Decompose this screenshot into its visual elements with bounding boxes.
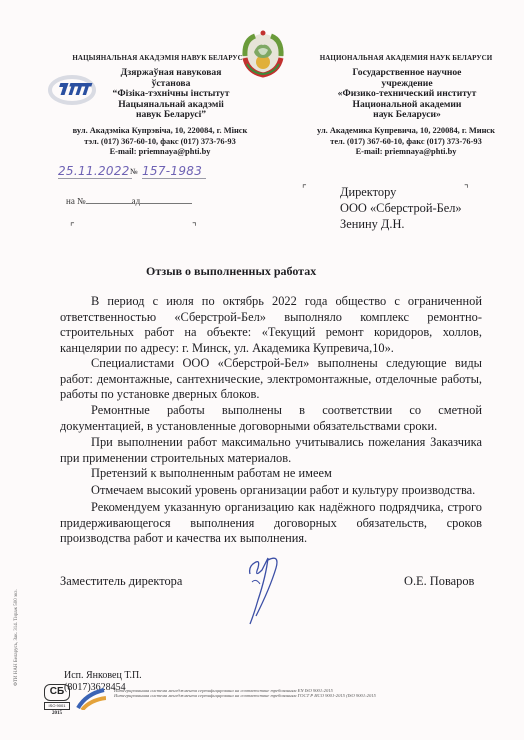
executor-name: Исп. Янковец Т.П. (64, 670, 142, 682)
signatory-position: Заместитель директора (60, 574, 182, 590)
contacts-ru: ул. Академика Купревича, 10, 220084, г. … (306, 126, 506, 158)
address-by: вул. Акадэміка Купрэвіча, 10, 220084, г.… (60, 126, 260, 137)
addressee-block: Директору ООО «Сберстрой-Бел» Зенину Д.Н… (340, 184, 462, 233)
eaac-badge-icon (76, 688, 106, 710)
addressee-company: ООО «Сберстрой-Бел» (340, 200, 462, 216)
phone-by: тэл. (017) 367-60-10, факс (017) 373-76-… (60, 137, 260, 148)
reply-date-blank (140, 203, 192, 204)
contacts-by: вул. Акадэміка Купрэвіча, 10, 220084, г.… (60, 126, 260, 158)
reply-number-blank (86, 203, 132, 204)
institute-logo (48, 72, 96, 106)
reply-number-label: на № (66, 196, 86, 206)
letter-title: Отзыв о выполненных работах (146, 264, 316, 279)
email-by: E-mail: priemnaya@phti.by (60, 147, 260, 158)
reply-date-label: ад (132, 196, 141, 206)
phone-ru: тел. (017) 367-60-10, факс (017) 373-76-… (306, 137, 506, 148)
certification-notes: Интегрированная система менеджмента серт… (114, 688, 376, 698)
signatory-name: О.Е. Поваров (404, 574, 474, 590)
address-ru: ул. Академика Купревича, 10, 220084, г. … (306, 126, 506, 137)
addressee-person: Зенину Д.Н. (340, 216, 462, 232)
bracket-top-left-icon: ⌜ (70, 222, 75, 233)
addressee-position: Директору (340, 184, 462, 200)
outgoing-date: 25.11.2022 (58, 164, 132, 179)
institute-name-by: Дзяржаўная навуковая ўстанова “Фізіка-тэ… (96, 68, 246, 121)
outgoing-number: 157-1983 (142, 164, 206, 179)
print-run-info: ФТИ НАН Беларусь, Зак. 314. Тираж 500 эк… (14, 589, 19, 686)
paragraph-compliance: Ремонтные работы выполнены в соответстви… (60, 403, 482, 434)
academy-name-by: НАЦЫЯНАЛЬНАЯ АКАДЭМІЯ НАВУК БЕЛАРУСІ (64, 54, 254, 62)
paragraph-recommendation: Рекомендуем указанную организацию как на… (60, 500, 482, 547)
bracket-top-right-icon: ⌝ (192, 222, 197, 233)
iso-certification-line-2: Интегрированная система менеджмента серт… (114, 693, 376, 698)
paragraph-quality: Отмечаем высокий уровень организации раб… (60, 483, 482, 499)
reply-reference: на №ад (66, 196, 192, 206)
academy-name-ru: НАЦИОНАЛЬНАЯ АКАДЕМИЯ НАУК БЕЛАРУСИ (306, 54, 506, 62)
paragraph-work-types: Специалистами ООО «Сберстрой-Бел» выполн… (60, 356, 482, 403)
paragraph-wishes: При выполнении работ максимально учитыва… (60, 435, 482, 466)
registration-line: 25.11.2022 № 157-1983 (58, 164, 218, 180)
stb-certification-badge-icon: СБ ISO 9001 2015 (44, 684, 72, 718)
bracket-addressee-left-icon: ⌜ (302, 184, 307, 195)
bracket-addressee-right-icon: ⌝ (464, 184, 469, 195)
institute-name-ru: Государственное научное учреждение «Физи… (322, 68, 492, 121)
paragraph-no-claims: Претензий к выполненным работам не имеем (60, 466, 482, 482)
email-ru: E-mail: priemnaya@phti.by (306, 147, 506, 158)
belarus-emblem-icon (240, 28, 286, 80)
paragraph-intro: В период с июля по октябрь 2022 года общ… (60, 294, 482, 356)
handwritten-signature-icon (240, 552, 300, 628)
number-label: № (130, 167, 138, 176)
